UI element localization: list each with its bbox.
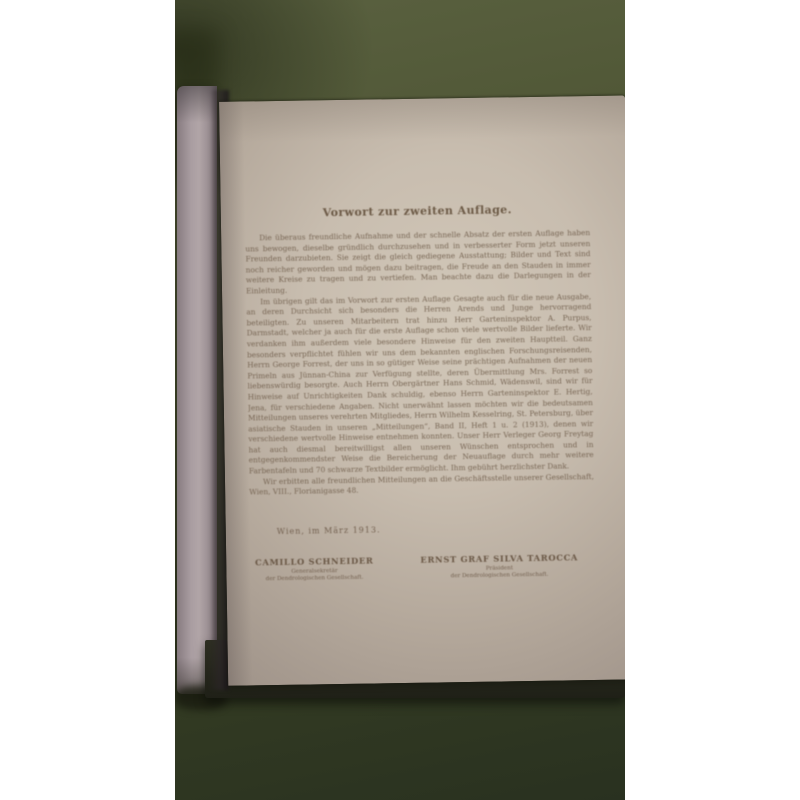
book-page: Vorwort zur zweiten Auflage. Die überaus… xyxy=(219,95,625,685)
book-photo: Vorwort zur zweiten Auflage. Die überaus… xyxy=(175,0,625,800)
body-text: Die überaus freundliche Aufnahme und der… xyxy=(245,228,594,499)
dateline: Wien, im März 1913. xyxy=(277,525,381,536)
paragraph: Im übrigen gilt das im Vorwort zur erste… xyxy=(246,292,594,477)
paragraph: Wir erbitten alle freundlichen Mitteilun… xyxy=(249,472,594,499)
photo-canvas: Vorwort zur zweiten Auflage. Die überaus… xyxy=(0,0,800,800)
page-title: Vorwort zur zweiten Auflage. xyxy=(245,202,590,220)
signer-name: CAMILLO SCHNEIDER xyxy=(234,555,394,568)
signer-organization: der Dendrologischen Gesellschaft. xyxy=(235,574,395,583)
signer-name: ERNST GRAF SILVA TAROCCA xyxy=(404,552,594,565)
signature-left: CAMILLO SCHNEIDER Generalsekretär der De… xyxy=(234,555,394,583)
signature-row: CAMILLO SCHNEIDER Generalsekretär der De… xyxy=(234,552,594,583)
paragraph: Die überaus freundliche Aufnahme und der… xyxy=(245,228,591,297)
signature-right: ERNST GRAF SILVA TAROCCA Präsident der D… xyxy=(404,552,594,580)
printed-text-layer: Vorwort zur zweiten Auflage. Die überaus… xyxy=(219,95,625,685)
